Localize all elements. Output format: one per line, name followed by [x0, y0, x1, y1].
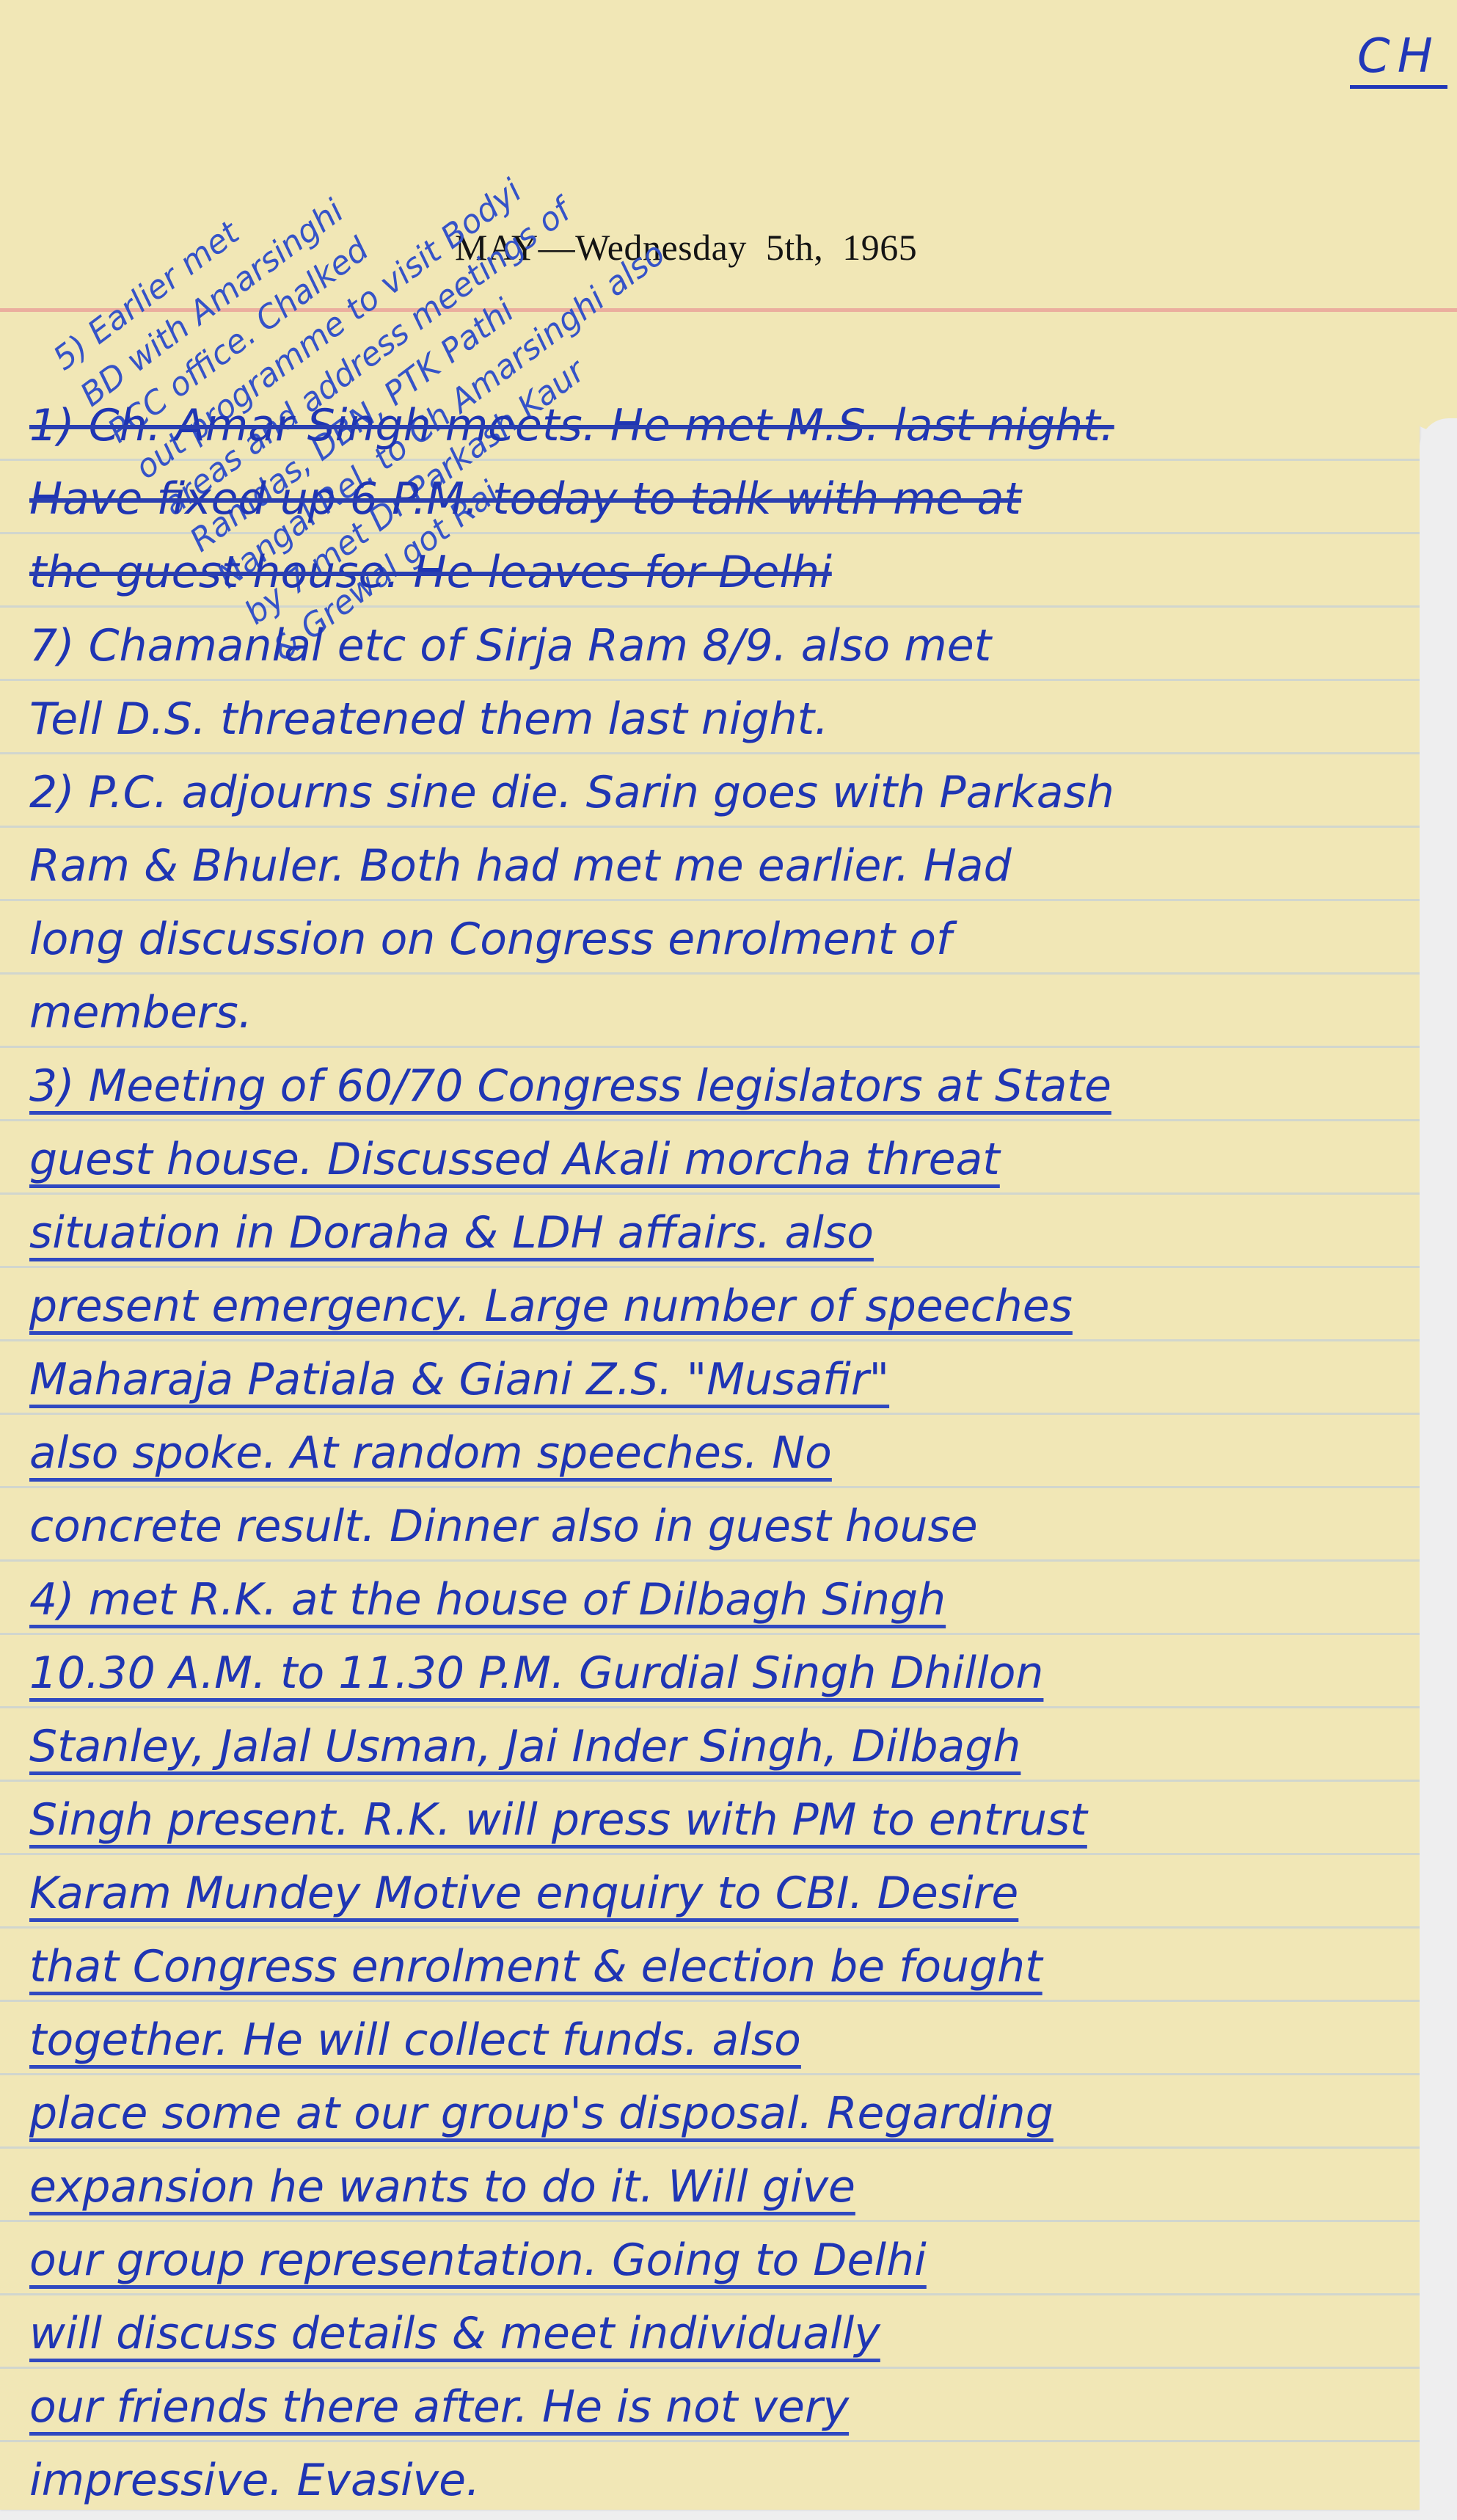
- handwritten-line-text: Ram & Bhuler. Both had met me earlier. H…: [29, 840, 1012, 892]
- handwritten-line: will discuss details & meet individually: [29, 2297, 1394, 2370]
- handwritten-line-text: that Congress enrolment & election be fo…: [29, 1941, 1042, 1992]
- handwritten-line-text: 2) P.C. adjourns sine die. Sarin goes wi…: [29, 767, 1114, 818]
- handwritten-line-text: 10.30 A.M. to 11.30 P.M. Gurdial Singh D…: [29, 1647, 1043, 1699]
- handwritten-line: Have fixed up 6 P.M. today to talk with …: [29, 462, 1394, 536]
- corner-tag: CH: [1350, 29, 1447, 89]
- handwritten-line: together. He will collect funds. also: [29, 2003, 1394, 2077]
- handwritten-line: 10.30 A.M. to 11.30 P.M. Gurdial Singh D…: [29, 1636, 1394, 1710]
- handwritten-line: members.: [29, 976, 1394, 1049]
- handwritten-line-text: will discuss details & meet individually: [29, 2308, 880, 2359]
- handwritten-line: situation in Doraha & LDH affairs. also: [29, 1196, 1394, 1270]
- handwritten-line: concrete result. Dinner also in guest ho…: [29, 1490, 1394, 1563]
- handwritten-line: 7) Chamanlal etc of Sirja Ram 8/9. also …: [29, 609, 1394, 682]
- handwritten-line: Karam Mundey Motive enquiry to CBI. Desi…: [29, 1857, 1394, 1930]
- handwritten-line-text: 4) met R.K. at the house of Dilbagh Sing…: [29, 1574, 946, 1625]
- handwritten-line: our friends there after. He is not very: [29, 2370, 1394, 2444]
- header-day: 5th,: [766, 227, 823, 268]
- handwritten-line-text: present emergency. Large number of speec…: [29, 1281, 1073, 1332]
- handwritten-line: impressive. Evasive.: [29, 2444, 1394, 2517]
- handwritten-line: place some at our group's disposal. Rega…: [29, 2077, 1394, 2150]
- handwritten-line-text: Singh present. R.K. will press with PM t…: [29, 1794, 1087, 1846]
- handwritten-line-text: Have fixed up 6 P.M. today to talk with …: [29, 473, 1021, 525]
- handwritten-line: Tell D.S. threatened them last night.: [29, 682, 1394, 756]
- handwritten-line-text: place some at our group's disposal. Rega…: [29, 2088, 1054, 2139]
- handwritten-line: the guest house. He leaves for Delhi: [29, 536, 1394, 609]
- page-notch-background: [1420, 418, 1457, 2520]
- handwritten-line-text: long discussion on Congress enrolment of: [29, 914, 952, 965]
- header-year: 1965: [842, 227, 917, 268]
- handwritten-line: Singh present. R.K. will press with PM t…: [29, 1783, 1394, 1857]
- handwritten-line-text: members.: [29, 987, 252, 1038]
- handwritten-line-text: Karam Mundey Motive enquiry to CBI. Desi…: [29, 1868, 1018, 1919]
- handwritten-line-text: situation in Doraha & LDH affairs. also: [29, 1207, 874, 1259]
- handwritten-line-text: together. He will collect funds. also: [29, 2014, 801, 2066]
- handwritten-line: 2) P.C. adjourns sine die. Sarin goes wi…: [29, 756, 1394, 829]
- handwritten-line-text: 1) Ch. Amar Singh meets. He met M.S. las…: [29, 400, 1114, 451]
- handwritten-line: present emergency. Large number of speec…: [29, 1270, 1394, 1343]
- handwritten-line-text: Tell D.S. threatened them last night.: [29, 693, 828, 745]
- handwritten-line-text: impressive. Evasive.: [29, 2455, 480, 2506]
- handwritten-line-text: guest house. Discussed Akali morcha thre…: [29, 1134, 1000, 1185]
- diary-entry-body: 1) Ch. Amar Singh meets. He met M.S. las…: [29, 389, 1394, 2517]
- handwritten-line: Stanley, Jalal Usman, Jai Inder Singh, D…: [29, 1710, 1394, 1783]
- handwritten-line-text: the guest house. He leaves for Delhi: [29, 547, 832, 598]
- handwritten-line: 4) met R.K. at the house of Dilbagh Sing…: [29, 1563, 1394, 1636]
- handwritten-line: expansion he wants to do it. Will give: [29, 2150, 1394, 2224]
- handwritten-line: long discussion on Congress enrolment of: [29, 903, 1394, 976]
- handwritten-line-text: also spoke. At random speeches. No: [29, 1427, 832, 1479]
- handwritten-line-text: expansion he wants to do it. Will give: [29, 2161, 855, 2213]
- handwritten-line-text: our group representation. Going to Delhi: [29, 2235, 927, 2286]
- handwritten-line: 3) Meeting of 60/70 Congress legislators…: [29, 1049, 1394, 1123]
- handwritten-line-text: 7) Chamanlal etc of Sirja Ram 8/9. also …: [29, 620, 991, 671]
- handwritten-line-text: concrete result. Dinner also in guest ho…: [29, 1501, 978, 1552]
- handwritten-line: our group representation. Going to Delhi: [29, 2224, 1394, 2297]
- handwritten-line-text: our friends there after. He is not very: [29, 2381, 849, 2433]
- handwritten-line: 1) Ch. Amar Singh meets. He met M.S. las…: [29, 389, 1394, 462]
- handwritten-line: also spoke. At random speeches. No: [29, 1416, 1394, 1490]
- handwritten-line: that Congress enrolment & election be fo…: [29, 1930, 1394, 2003]
- handwritten-line: guest house. Discussed Akali morcha thre…: [29, 1123, 1394, 1196]
- handwritten-line-text: Stanley, Jalal Usman, Jai Inder Singh, D…: [29, 1721, 1020, 1772]
- handwritten-line: Ram & Bhuler. Both had met me earlier. H…: [29, 829, 1394, 903]
- handwritten-line: Maharaja Patiala & Giani Z.S. "Musafir": [29, 1343, 1394, 1416]
- handwritten-line-text: 3) Meeting of 60/70 Congress legislators…: [29, 1060, 1111, 1112]
- handwritten-line-text: Maharaja Patiala & Giani Z.S. "Musafir": [29, 1354, 889, 1405]
